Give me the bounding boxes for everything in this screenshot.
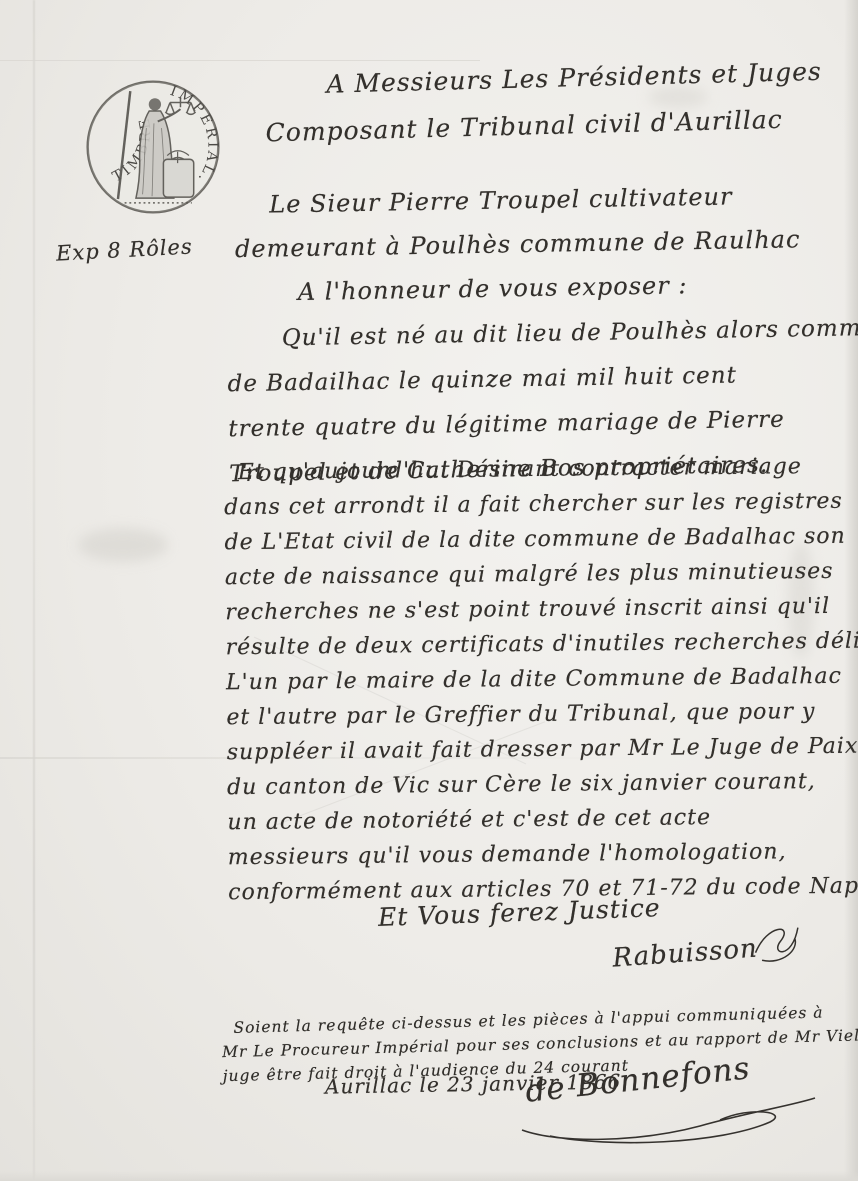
scan-edge-shadow bbox=[0, 1171, 858, 1181]
paper-smudge bbox=[78, 528, 168, 562]
body-line: du canton de Vic sur Cère le six janvier… bbox=[227, 764, 843, 805]
signature-paraph-icon bbox=[750, 919, 805, 965]
margin-registration-note: Exp 8 Rôles bbox=[55, 234, 193, 265]
vertical-fold-line bbox=[33, 0, 35, 1181]
scan-edge-shadow bbox=[844, 0, 858, 1181]
timbre-imperial-stamp-icon: TIMBRE IMPERIAL. bbox=[82, 76, 224, 218]
body-line: A l'honneur de vous exposer : bbox=[235, 261, 826, 315]
petitioner-signature-name: Rabuisson bbox=[612, 934, 759, 974]
document-heading: A Messieurs Les Présidents et Juges Comp… bbox=[264, 48, 826, 157]
scanned-document-page: TIMBRE IMPERIAL. Exp 8 Rôles A Messieurs… bbox=[0, 0, 858, 1181]
petitioner-signature: Rabuisson bbox=[611, 919, 805, 974]
signature-flourish-icon bbox=[520, 1092, 820, 1147]
request-paragraph: Et qu'aujourd'hui Désirant contracter ma… bbox=[224, 449, 845, 910]
petitioner-intro-paragraph: Le Sieur Pierre Troupel cultivateur deme… bbox=[234, 173, 826, 315]
